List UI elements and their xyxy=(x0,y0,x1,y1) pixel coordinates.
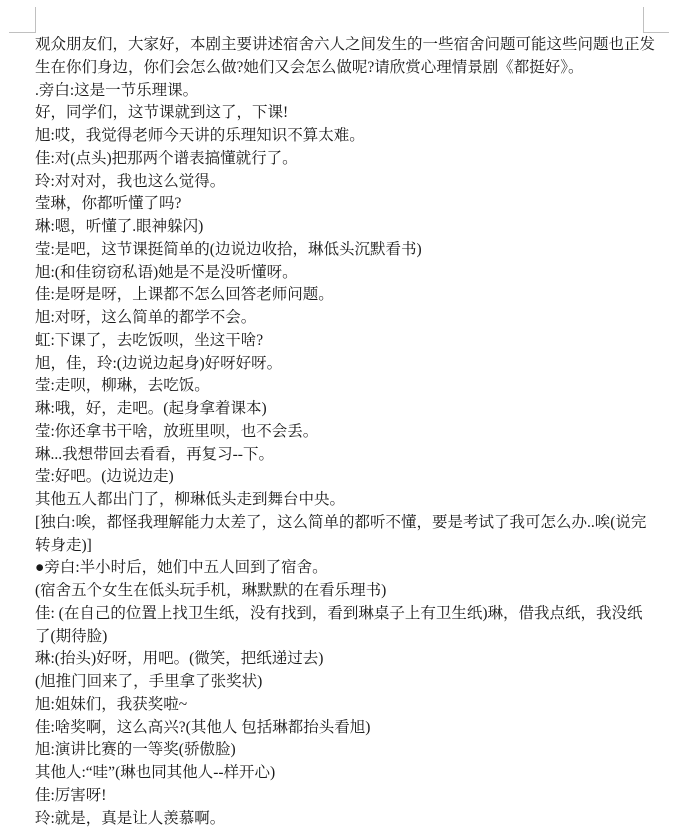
document-line: 莹:走呗，柳琳，去吃饭。 xyxy=(35,375,665,398)
document-line: 莹:好吧。(边说边走) xyxy=(35,466,665,489)
document-line: (宿舍五个女生在低头玩手机，琳默默的在看乐理书) xyxy=(35,580,665,603)
document-line: 生在你们身边，你们会怎么做?她们又会怎么做呢?请欣赏心理情景剧《都挺好》。 xyxy=(35,57,665,80)
document-line: 琳:哦，好，走吧。(起身拿着课本) xyxy=(35,398,665,421)
document-line: .旁白:这是一节乐理课。 xyxy=(35,80,665,103)
document-line: 琳:(抬头)好呀，用吧。(微笑，把纸递过去) xyxy=(35,648,665,671)
document-line: 其他人:“哇”(琳也同其他人--样开心) xyxy=(35,762,665,785)
document-line: 旭:对呀，这么简单的都学不会。 xyxy=(35,307,665,330)
document-line: 佳:啥奖啊，这么高兴?(其他人 包括琳都抬头看旭) xyxy=(35,717,665,740)
margin-crop-mark-top-right-horizontal xyxy=(643,32,669,33)
document-line: 玲:对对对，我也这么觉得。 xyxy=(35,171,665,194)
document-line: 莹:你还拿书干啥，放班里呗，也不会丢。 xyxy=(35,421,665,444)
margin-crop-mark-top-right-vertical xyxy=(643,7,644,33)
margin-crop-mark-top-left-vertical xyxy=(35,7,36,33)
document-line: (旭推门回来了，手里拿了张奖状) xyxy=(35,671,665,694)
document-line: 玲:就是，真是让人羡慕啊。 xyxy=(35,808,665,831)
document-line: 莹琳，你都听懂了吗? xyxy=(35,193,665,216)
document-line: 转身走)] xyxy=(35,535,665,558)
document-page: 观众朋友们，大家好，本剧主要讲述宿舍六人之间发生的一些宿舍问题可能这些问题也正发… xyxy=(0,0,679,834)
document-line: 虹:下课了，去吃饭呗，坐这干啥? xyxy=(35,330,665,353)
document-line: 佳:厉害呀! xyxy=(35,785,665,808)
document-line: ●旁白:半小时后，她们中五人回到了宿舍。 xyxy=(35,557,665,580)
document-line: 旭:姐妹们，我获奖啦~ xyxy=(35,694,665,717)
document-line: 旭:演讲比赛的一等奖(骄傲脸) xyxy=(35,739,665,762)
margin-crop-mark-top-left-horizontal xyxy=(9,32,36,33)
document-line: [独白:唉，都怪我理解能力太差了，这么简单的都听不懂，要是考试了我可怎么办..唉… xyxy=(35,512,665,535)
document-line: 好，同学们，这节课就到这了，下课! xyxy=(35,102,665,125)
document-line: 佳: (在自己的位置上找卫生纸，没有找到，看到琳桌子上有卫生纸)琳，借我点纸，我… xyxy=(35,603,665,626)
document-line: 佳:是呀是呀，上课都不怎么回答老师问题。 xyxy=(35,284,665,307)
document-line: 了(期待脸) xyxy=(35,626,665,649)
document-edit-area[interactable]: 观众朋友们，大家好，本剧主要讲述宿舍六人之间发生的一些宿舍问题可能这些问题也正发… xyxy=(35,34,665,830)
document-line: 莹:是吧，这节课挺简单的(边说边收拾，琳低头沉默看书) xyxy=(35,239,665,262)
document-line: 琳:嗯，听懂了.眼神躲闪) xyxy=(35,216,665,239)
document-line: 旭:哎，我觉得老师今天讲的乐理知识不算太难。 xyxy=(35,125,665,148)
document-line: 其他五人都出门了，柳琳低头走到舞台中央。 xyxy=(35,489,665,512)
document-line: 琳...我想带回去看看，再复习--下。 xyxy=(35,444,665,467)
document-line: 佳:对(点头)把那两个谱表搞懂就行了。 xyxy=(35,148,665,171)
document-line: 旭，佳，玲:(边说边起身)好呀好呀。 xyxy=(35,353,665,376)
document-line: 观众朋友们，大家好，本剧主要讲述宿舍六人之间发生的一些宿舍问题可能这些问题也正发 xyxy=(35,34,665,57)
document-line: 旭:(和佳窃窃私语)她是不是没听懂呀。 xyxy=(35,262,665,285)
